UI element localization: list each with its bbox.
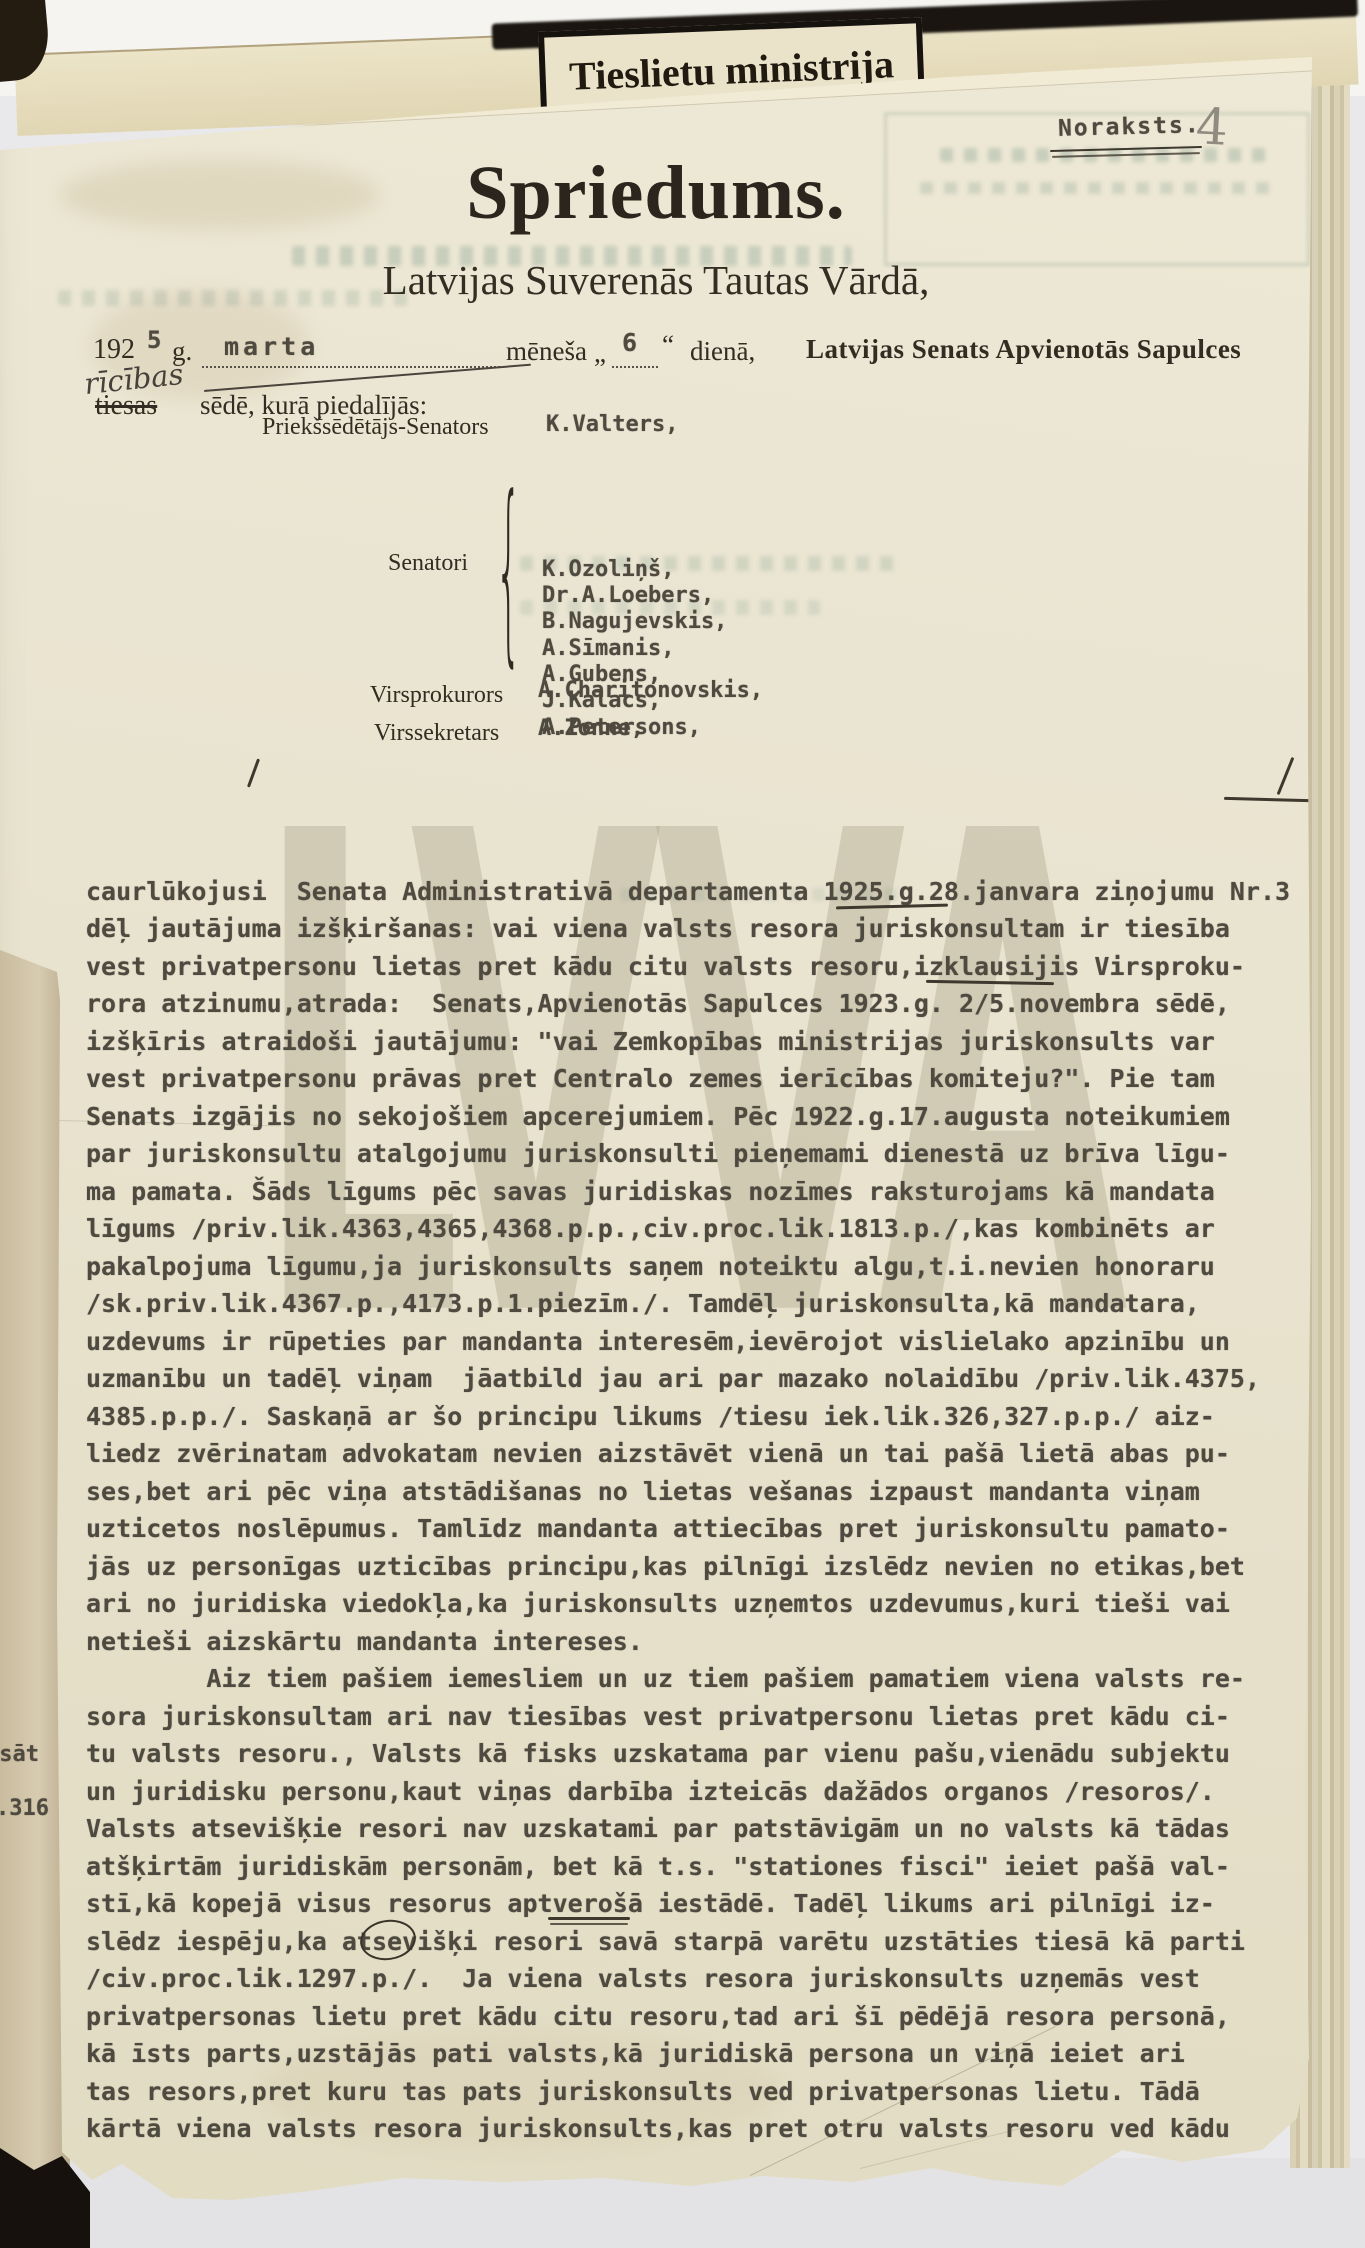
secretary-label: Virssekretars <box>374 720 499 747</box>
body-line: par juriskonsultu atalgojumu juriskonsul… <box>86 1135 1330 1173</box>
body-line: tu valsts resoru., Valsts kā fisks uzska… <box>86 1735 1330 1773</box>
margin-fragment: ksāt <box>0 1742 39 1767</box>
body-line: /civ.proc.lik.1297.p./. Ja viena valsts … <box>86 1960 1330 1998</box>
body-line: ari no juridiska viedokļa,ka juriskonsul… <box>86 1585 1330 1623</box>
body-line: kā īsts parts,uzstājās pati valsts,kā ju… <box>86 2035 1330 2073</box>
struck-word: tiesas <box>95 390 157 422</box>
body-line: netieši aizskārtu mandanta intereses. <box>86 1623 1330 1661</box>
body-line: 4385.p.p./. Saskaņā ar šo principu likum… <box>86 1398 1330 1436</box>
body-line: uzdevums ir rūpeties par mandanta intere… <box>86 1323 1330 1361</box>
month-typed: marta <box>224 332 319 361</box>
document-subtitle: Latvijas Suverenās Tautas Vārdā, <box>0 256 1312 304</box>
body-line: privatpersonas lietu pret kādu citu reso… <box>86 1998 1330 2036</box>
senator-name: B.Nagujevskis, <box>542 609 727 635</box>
body-line: stī,kā kopejā visus resorus aptverošā ie… <box>86 1885 1330 1923</box>
underline-mark <box>548 1917 630 1920</box>
judgment-page: LVVA Noraksts. 4 Spriedums. Latvijas Suv… <box>0 0 1365 2248</box>
body-line: Senats izgājis no sekojošiem apcerejumie… <box>86 1098 1330 1136</box>
document-title: Spriedums. <box>0 150 1312 237</box>
judgment-body: caurlūkojusi Senata Administrativā depar… <box>86 760 1330 2148</box>
chairman-name: K.Valters, <box>546 412 678 437</box>
margin-fragment: .316 <box>0 1796 49 1821</box>
body-line: tas resors,pret kuru tas pats juriskonsu… <box>86 2073 1330 2111</box>
underline-mark <box>550 1923 628 1925</box>
body-line: līgums /priv.lik.4363,4365,4368.p.p.,civ… <box>86 1210 1330 1248</box>
body-line: jās uz personīgas uzticības principu,kas… <box>86 1548 1330 1586</box>
body-line: un juridisku personu,kaut viņas darbība … <box>86 1773 1330 1811</box>
body-line: liedz zvērinatam advokatam nevien aizstā… <box>86 1435 1330 1473</box>
body-line: uzticetos noslēpumus. Tamlīdz mandanta a… <box>86 1510 1330 1548</box>
body-line: sora juriskonsultam ari nav tiesības ves… <box>86 1698 1330 1736</box>
body-line: caurlūkojusi Senata Administrativā depar… <box>86 873 1330 911</box>
body-line: uzmanību un tadēļ viņam jāatbild jau ari… <box>86 1360 1330 1398</box>
body-line: slēdz iespēju,ka atsevišķi resori savā s… <box>86 1923 1330 1961</box>
body-line: dēļ jautājuma izšķiršanas: vai viena val… <box>86 910 1330 948</box>
senator-name: Dr.A.Loebers, <box>542 583 727 609</box>
body-line: vest privatpersonu prāvas pret Centralo … <box>86 1060 1330 1098</box>
scanned-document: Tieslietu ministrija ksāt .316 LVVA Nora… <box>0 0 1365 2248</box>
prosecutor-label: Virsprokurors <box>370 682 503 709</box>
secretary-name: A.Zonne, <box>538 716 644 741</box>
month-fill-line <box>202 366 500 368</box>
year-typed: 5 <box>147 326 161 354</box>
brace-glyph: { <box>495 474 521 672</box>
quote-open: „ <box>594 338 606 369</box>
day-fill-line <box>612 366 658 368</box>
day-label: dienā, <box>690 336 755 367</box>
senator-name: A.Sīmanis, <box>542 636 727 662</box>
body-line: /sk.priv.lik.4367.p.,4173.p.1.piezīm./. … <box>86 1285 1330 1323</box>
page-number-pencil: 4 <box>1195 97 1230 157</box>
prosecutor-name: A.Charitonovskis, <box>538 678 763 703</box>
senators-label: Senatori <box>388 550 468 577</box>
body-line: vest privatpersonu lietas pret kādu citu… <box>86 948 1330 986</box>
day-typed: 6 <box>622 328 637 357</box>
body-line: atšķirtām juridiskām personām, bet kā t.… <box>86 1848 1330 1886</box>
quote-close: “ <box>662 330 674 361</box>
year-printed: 192 <box>93 334 135 366</box>
body-line: Aiz tiem pašiem iemesliem un uz tiem paš… <box>86 1660 1330 1698</box>
body-line: pakalpojuma līgumu,ja juriskonsults saņe… <box>86 1248 1330 1286</box>
body-line: rora atzinumu,atrada: Senats,Apvienotās … <box>86 985 1330 1023</box>
month-label: mēneša <box>506 336 587 367</box>
body-line: ses,bet ari pēc viņa atstādišanas no lie… <box>86 1473 1330 1511</box>
body-line: izšķīris atraidoši jautājumu: "vai Zemko… <box>86 1023 1330 1061</box>
court-name: Latvijas Senats Apvienotās Sapulces <box>806 334 1241 365</box>
chairman-label: Priekšsēdētājs-Senators <box>262 414 489 441</box>
body-line: Valsts atsevišķie resori nav uzskatami p… <box>86 1810 1330 1848</box>
copy-label: Noraksts. <box>1058 112 1201 142</box>
senator-name: K.Ozoliņš, <box>542 557 727 583</box>
body-line: kārtā viena valsts resora juriskonsults,… <box>86 2110 1330 2148</box>
body-line: ma pamata. Šāds līgums pēc savas juridis… <box>86 1173 1330 1211</box>
